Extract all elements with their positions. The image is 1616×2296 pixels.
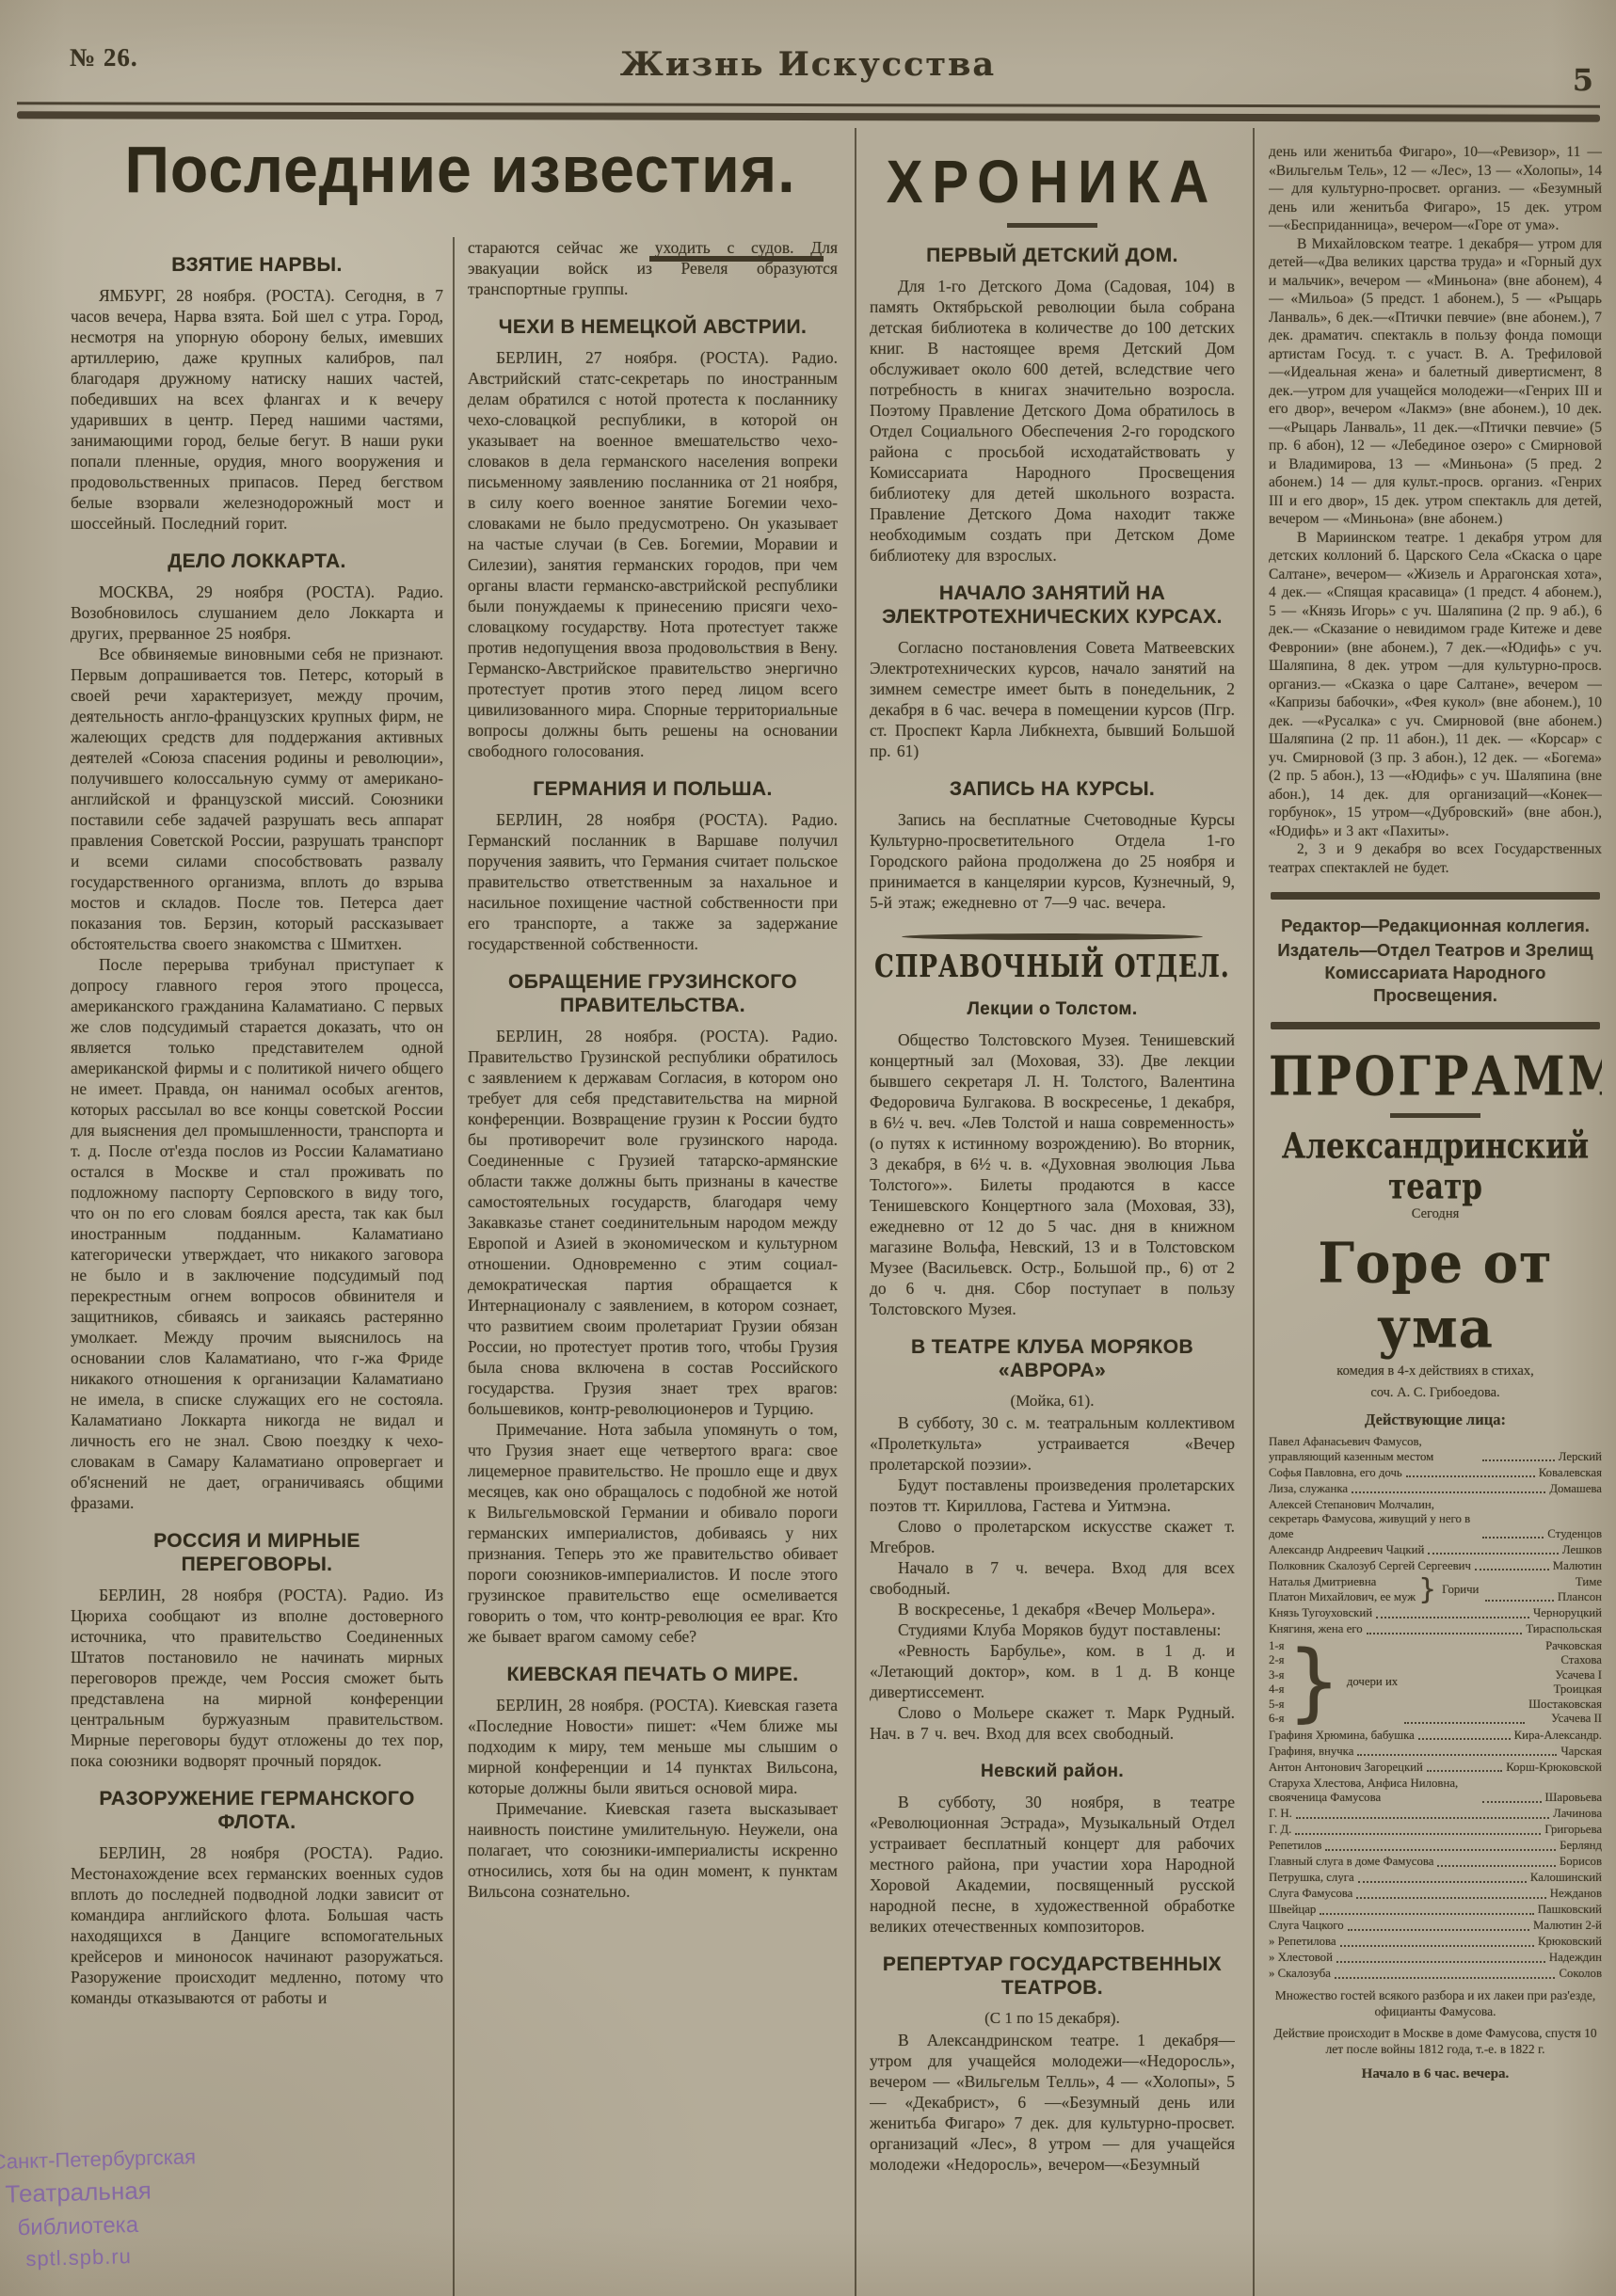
- paragraph: В воскресенье, 1 декабря «Вечер Мольера»…: [870, 1599, 1235, 1619]
- article-heading: КИЕВСКАЯ ПЕЧАТЬ О МИРЕ.: [473, 1663, 832, 1686]
- dot-leader: [1357, 1754, 1557, 1756]
- cast-actor: Борисов: [1560, 1855, 1602, 1870]
- cast-role: Графиня Хрюмина, бабушка: [1269, 1729, 1415, 1744]
- cast-row: Графиня, внучкаЧарская: [1269, 1745, 1602, 1760]
- article-heading: ДЕЛО ЛОККАРТА.: [76, 550, 438, 573]
- cast-role: Полковник Скалозуб Сергей Сергеевич: [1269, 1559, 1471, 1574]
- cast-row: Главный слуга в доме ФамусоваБорисов: [1269, 1855, 1602, 1870]
- cast-roles: Наталья ДмитриевнаПлатон Михайлович, ее …: [1269, 1575, 1416, 1604]
- cast-actor: Плансон: [1558, 1590, 1602, 1605]
- cast-role: Главный слуга в доме Фамусова: [1269, 1855, 1433, 1870]
- cast-actor: Тиме: [1558, 1575, 1602, 1590]
- cast-role: Алексей Степанович Молчалин, секретарь Ф…: [1269, 1498, 1479, 1542]
- dot-leader: [1320, 1913, 1533, 1915]
- cast-actor: Стахова: [1528, 1653, 1602, 1668]
- cast-group-row: Наталья ДмитриевнаПлатон Михайлович, ее …: [1269, 1575, 1602, 1604]
- dot-leader: [1482, 1801, 1541, 1803]
- cast-actor: Усачева II: [1528, 1712, 1602, 1727]
- dot-leader: [1367, 1633, 1523, 1634]
- cast-actors: ТимеПлансон: [1558, 1575, 1602, 1604]
- dot-leader: [1404, 1722, 1525, 1724]
- paragraph: После перерыва трибунал приступает к доп…: [71, 954, 443, 1513]
- centered-text: Издатель—Отдел Театров и Зрелищ Комиссар…: [1269, 939, 1602, 1007]
- cast-role: Слуга Фамусова: [1269, 1887, 1352, 1902]
- cast-actor: Калошинский: [1530, 1871, 1602, 1886]
- cast-row: Лиза, служанкаДомашева: [1269, 1482, 1602, 1497]
- cast-role: 5-я: [1269, 1698, 1285, 1713]
- cast-actor: Рачковская: [1528, 1639, 1602, 1654]
- cast-actor: Малютин 2-й: [1533, 1919, 1602, 1934]
- cast-row: Слуга ФамусоваНежданов: [1269, 1887, 1602, 1902]
- column-1: ВЗЯТИЕ НАРВЫ.ЯМБУРГ, 28 ноября. (РОСТА).…: [71, 237, 443, 2296]
- cast-actor: Соколов: [1559, 1967, 1602, 1982]
- divider-rule: [1390, 1113, 1480, 1118]
- library-stamp: Санкт-Петербургская Театральная библиоте…: [0, 2140, 277, 2275]
- cast-row: Графиня Хрюмина, бабушкаКира-Александр.: [1269, 1729, 1602, 1744]
- dot-leader: [1358, 1881, 1527, 1883]
- cast-role: Г. Д.: [1269, 1823, 1291, 1838]
- cast-row: Софья Павловна, его дочьКовалевская: [1269, 1466, 1602, 1481]
- article-heading: Лекции о Толстом.: [875, 997, 1229, 1021]
- cast-role: » Репетилова: [1269, 1935, 1336, 1950]
- cast-row: Антон Антонович ЗагорецкийКорш-Крюковско…: [1269, 1761, 1602, 1776]
- cast-actor: Студенцов: [1547, 1527, 1602, 1542]
- column-divider-1: [453, 237, 455, 2296]
- cast-role: Слуга Чацкого: [1269, 1919, 1344, 1934]
- paragraph: Все обвиняемые виновными себя не признаю…: [71, 644, 443, 954]
- column-divider-2: [855, 128, 856, 2296]
- column-2: стараются сейчас же уходить с судов. Для…: [468, 237, 838, 2296]
- paragraph: стараются сейчас же уходить с судов. Для…: [468, 237, 838, 299]
- cast-row: » РепетиловаКрюковский: [1269, 1935, 1602, 1950]
- cast-roles: 1-я2-я3-я4-я5-я6-я: [1269, 1639, 1285, 1727]
- cast-role: Наталья Дмитриевна: [1269, 1575, 1416, 1590]
- cast-row: Петрушка, слугаКалошинский: [1269, 1871, 1602, 1886]
- header-rule-thick: [17, 111, 1600, 122]
- cast-actor: Лерский: [1559, 1450, 1602, 1465]
- cast-row: Старуха Хлестова, Анфиса Ниловна, свояче…: [1269, 1777, 1602, 1806]
- display-title: ПРОГРАММЫ.: [1269, 1044, 1602, 1108]
- paragraph: БЕРЛИН, 28 ноября (РОСТА). Радио. Из Цюр…: [71, 1585, 443, 1771]
- article-heading: РЕПЕРТУАР ГОСУДАРСТВЕННЫХ ТЕАТРОВ.: [875, 1953, 1229, 2000]
- article-heading: ОБРАЩЕНИЕ ГРУЗИНСКОГО ПРАВИТЕЛЬСТВА.: [473, 970, 832, 1017]
- paragraph: Для 1-го Детского Дома (Садовая, 104) в …: [870, 276, 1235, 566]
- display-title: Александринский театр: [1269, 1126, 1602, 1207]
- paragraph: «Ревность Барбулье», ком. в 1 д. и «Лета…: [870, 1640, 1235, 1702]
- cast-role: Антон Антонович Загорецкий: [1269, 1761, 1423, 1776]
- centered-text: Редактор—Редакционная коллегия.: [1269, 915, 1602, 937]
- divider-rule: [1271, 1022, 1600, 1029]
- cast-actor: Лачинова: [1553, 1807, 1602, 1822]
- centered-text: (Мойка, 61).: [870, 1391, 1235, 1411]
- section-title: ХРОНИКА: [870, 148, 1235, 217]
- article-heading: ЧЕХИ В НЕМЕЦКОЙ АВСТРИИ.: [473, 315, 832, 339]
- cast-role: Швейцар: [1269, 1903, 1316, 1918]
- cast-role: Павел Афанасьевич Фамусов, управляющий к…: [1269, 1435, 1479, 1464]
- dot-leader: [1336, 1961, 1545, 1963]
- cast-row: РепетиловБерлянд: [1269, 1839, 1602, 1854]
- dot-leader: [1340, 1945, 1534, 1947]
- cast-row: Полковник Скалозуб Сергей СергеевичМалют…: [1269, 1559, 1602, 1574]
- cast-role: 4-я: [1269, 1682, 1285, 1698]
- cast-actor: Ковалевская: [1539, 1466, 1602, 1481]
- paragraph: ЯМБУРГ, 28 ноября. (РОСТА). Сегодня, в 7…: [71, 285, 443, 534]
- cast-role: 3-я: [1269, 1668, 1285, 1683]
- paragraph: БЕРЛИН, 28 ноября (РОСТА). Радио. Герман…: [468, 809, 838, 954]
- article-heading: Невский район.: [875, 1760, 1229, 1783]
- cast-actor: Нежданов: [1550, 1887, 1602, 1902]
- cast-role: 1-я: [1269, 1639, 1285, 1654]
- newspaper-page: { "header": { "issue": "№ 26.", "masthea…: [0, 0, 1616, 2296]
- paragraph: Будут поставлены произведения пролетарск…: [870, 1475, 1235, 1516]
- paragraph: В Михайловском театре. 1 декабря— утром …: [1269, 235, 1602, 529]
- cast-role: Графиня, внучка: [1269, 1745, 1353, 1760]
- cast-actor: Григорьева: [1544, 1823, 1602, 1838]
- cast-actor: Надеждин: [1549, 1951, 1602, 1966]
- divider-rule: [1007, 223, 1097, 228]
- cast-group-label: Горичи: [1442, 1583, 1479, 1598]
- cast-actor: Кира-Александр.: [1514, 1729, 1602, 1744]
- column-3: ХРОНИКАПЕРВЫЙ ДЕТСКИЙ ДОМ.Для 1-го Детск…: [870, 137, 1235, 2296]
- dot-leader: [1406, 1475, 1535, 1477]
- dot-leader: [1482, 1459, 1555, 1461]
- paragraph: В Александринском театре. 1 декабря— утр…: [870, 2030, 1235, 2175]
- column-divider-3: [1253, 128, 1255, 2296]
- dot-leader: [1376, 1617, 1529, 1618]
- display-title: СПРАВОЧНЫЙ ОТДЕЛ.: [870, 949, 1235, 985]
- article-heading: ЗАПИСЬ НА КУРСЫ.: [875, 777, 1229, 801]
- cast-role: Лиза, служанка: [1269, 1482, 1348, 1497]
- paragraph: БЕРЛИН, 28 ноября. (РОСТА). Киевская газ…: [468, 1695, 838, 1798]
- cast-role: 2-я: [1269, 1653, 1285, 1668]
- article-heading: РАЗОРУЖЕНИЕ ГЕРМАНСКОГО ФЛОТА.: [76, 1787, 438, 1834]
- centered-text: соч. А. С. Грибоедова.: [1269, 1383, 1602, 1403]
- paragraph: В Мариинском театре. 1 декабря утром для…: [1269, 529, 1602, 841]
- cast-role: Репетилов: [1269, 1839, 1321, 1854]
- paragraph: В субботу, 30 с. м. театральным коллекти…: [870, 1412, 1235, 1475]
- dot-leader: [1356, 1897, 1545, 1899]
- dot-leader: [1485, 1600, 1554, 1602]
- masthead: Жизнь Искусства: [0, 45, 1616, 84]
- cast-actor: Лешков: [1562, 1543, 1602, 1558]
- dot-leader: [1348, 1929, 1529, 1931]
- paragraph: Запись на бесплатные Счетоводные Курсы К…: [870, 809, 1235, 913]
- cast-row: » ХлестовойНадеждин: [1269, 1951, 1602, 1966]
- dot-leader: [1295, 1833, 1541, 1835]
- cast-role: » Хлестовой: [1269, 1951, 1333, 1966]
- cast-row: Слуга ЧацкогоМалютин 2-й: [1269, 1919, 1602, 1934]
- paragraph: 2, 3 и 9 декабря во всех Государственных…: [1269, 840, 1602, 877]
- cast-row: Павел Афанасьевич Фамусов, управляющий к…: [1269, 1435, 1602, 1464]
- dot-leader: [1418, 1738, 1511, 1740]
- article-heading: НАЧАЛО ЗАНЯТИЙ НА ЭЛЕКТРОТЕХНИЧЕСКИХ КУР…: [875, 582, 1229, 629]
- divider-rule: [902, 933, 1203, 940]
- cast-role: Князь Тугоуховский: [1269, 1606, 1372, 1621]
- paragraph: В субботу, 30 ноября, в театре «Революци…: [870, 1792, 1235, 1937]
- cast-role: » Скалозуба: [1269, 1967, 1331, 1982]
- article-heading: ВЗЯТИЕ НАРВЫ.: [76, 253, 438, 277]
- cast-row: Князь ТугоуховскийЧерноруцкий: [1269, 1606, 1602, 1621]
- display-title: Горе от ума: [1269, 1231, 1602, 1362]
- column-4: день или женитьба Фигаро», 10—«Ревизор»,…: [1269, 143, 1602, 2296]
- dot-leader: [1482, 1537, 1544, 1539]
- cast-actor: Троицкая: [1528, 1682, 1602, 1698]
- cast-row: Алексей Степанович Молчалин, секретарь Ф…: [1269, 1498, 1602, 1542]
- header-rule-thin: [17, 102, 1600, 108]
- paragraph: БЕРЛИН, 27 ноября. (РОСТА). Радио. Австр…: [468, 347, 838, 761]
- main-headline: Последние известия.: [66, 132, 855, 207]
- paragraph: Общество Толстовского Музея. Тенишевский…: [870, 1029, 1235, 1319]
- dot-leader: [1427, 1770, 1502, 1772]
- cast-actors: РачковскаяСтаховаУсачева IТроицкаяШостак…: [1528, 1639, 1602, 1727]
- paragraph: Начало в 7 ч. вечера. Вход для всех своб…: [870, 1557, 1235, 1599]
- cast-row: » СкалозубаСоколов: [1269, 1967, 1602, 1982]
- brace-glyph: }: [1418, 1576, 1436, 1604]
- dot-leader: [1325, 1849, 1556, 1851]
- cast-role: Платон Михайлович, ее муж: [1269, 1590, 1416, 1605]
- cast-role: Старуха Хлестова, Анфиса Ниловна, свояче…: [1269, 1777, 1479, 1806]
- paragraph: МОСКВА, 29 ноября (РОСТА). Радио. Возобн…: [71, 582, 443, 644]
- dot-leader: [1475, 1569, 1549, 1571]
- cast-role: Петрушка, слуга: [1269, 1871, 1354, 1886]
- cast-actor: Малютин: [1553, 1559, 1602, 1574]
- cast-row: Г. Д.Григорьева: [1269, 1823, 1602, 1838]
- paragraph: Слово о пролетарском искусстве скажет т.…: [870, 1516, 1235, 1557]
- cast-actor: Тираспольская: [1526, 1622, 1602, 1637]
- cast-row: Александр Андреевич ЧацкийЛешков: [1269, 1543, 1602, 1558]
- cast-actor: Шаровьева: [1545, 1791, 1603, 1806]
- paragraph: Слово о Мольере скажет т. Марк Рудный. Н…: [870, 1702, 1235, 1744]
- article-heading: В ТЕАТРЕ КЛУБА МОРЯКОВ «АВРОРА»: [875, 1335, 1229, 1382]
- cast-actor: Шостаковская: [1528, 1698, 1602, 1713]
- cast-list-heading: Действующие лица:: [1269, 1411, 1602, 1429]
- program-note: Множество гостей всякого разбора и их ла…: [1272, 1987, 1598, 2019]
- dot-leader: [1428, 1553, 1559, 1555]
- paragraph: Студиями Клуба Моряков будут поставлены:: [870, 1619, 1235, 1640]
- cast-actor: Пашковский: [1538, 1903, 1602, 1918]
- paragraph: БЕРЛИН, 28 ноября (РОСТА). Радио. Местон…: [71, 1842, 443, 2008]
- centered-text: (С 1 по 15 декабря).: [870, 2008, 1235, 2028]
- article-heading: РОССИЯ И МИРНЫЕ ПЕРЕГОВОРЫ.: [76, 1529, 438, 1576]
- cast-group-label: дочери их: [1347, 1675, 1398, 1690]
- cast-role: Софья Павловна, его дочь: [1269, 1466, 1402, 1481]
- cast-actor: Усачева I: [1528, 1668, 1602, 1683]
- dot-leader: [1335, 1977, 1555, 1979]
- dot-leader: [1296, 1817, 1549, 1819]
- cast-role: Александр Андреевич Чацкий: [1269, 1543, 1424, 1558]
- centered-text: комедия в 4-х действиях в стихах,: [1269, 1362, 1602, 1381]
- article-heading: ПЕРВЫЙ ДЕТСКИЙ ДОМ.: [875, 244, 1229, 267]
- cast-row: Г. Н.Лачинова: [1269, 1807, 1602, 1822]
- paragraph: Примечание. Нота забыла упомянуть о том,…: [468, 1419, 838, 1647]
- cast-group-row: 1-я2-я3-я4-я5-я6-я}дочери ихРачковскаяСт…: [1269, 1639, 1602, 1727]
- program-note: Действие происходит в Москве в доме Фаму…: [1272, 2025, 1598, 2057]
- article-heading: ГЕРМАНИЯ И ПОЛЬША.: [473, 777, 832, 801]
- cast-actor: Домашева: [1549, 1482, 1602, 1497]
- cast-actor: Берлянд: [1560, 1839, 1602, 1854]
- paragraph: БЕРЛИН, 28 ноября. (РОСТА). Радио. Прави…: [468, 1026, 838, 1419]
- dot-leader: [1352, 1491, 1545, 1493]
- divider-rule: [1271, 892, 1600, 900]
- paragraph: Примечание. Киевская газета высказывает …: [468, 1798, 838, 1902]
- cast-actor: Чарская: [1560, 1745, 1602, 1760]
- page-number: 5: [1573, 62, 1593, 98]
- cast-actor: Крюковский: [1538, 1935, 1602, 1950]
- program-note: Начало в 6 час. вечера.: [1272, 2066, 1598, 2082]
- brace-glyph: }: [1288, 1640, 1341, 1725]
- dot-leader: [1437, 1865, 1555, 1867]
- paragraph: день или женитьба Фигаро», 10—«Ревизор»,…: [1269, 143, 1602, 235]
- cast-role: 6-я: [1269, 1712, 1285, 1727]
- paragraph: Согласно постановления Совета Матвеевски…: [870, 637, 1235, 761]
- cast-actor: Корш-Крюковской: [1506, 1761, 1602, 1776]
- cast-row: ШвейцарПашковский: [1269, 1903, 1602, 1918]
- cast-role: Г. Н.: [1269, 1807, 1292, 1822]
- cast-actor: Черноруцкий: [1533, 1606, 1602, 1621]
